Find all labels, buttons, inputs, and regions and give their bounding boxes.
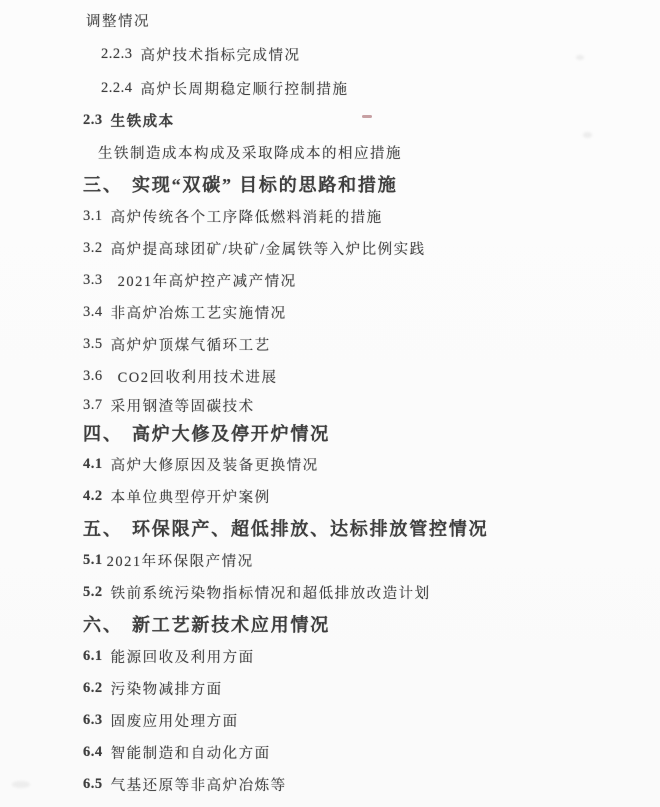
toc-line: 4.1高炉大修原因及装备更换情况: [0, 448, 660, 480]
toc-line-number: 3.2: [83, 240, 103, 257]
toc-line: 生铁制造成本构成及采取降成本的相应措施: [0, 136, 660, 168]
toc-line-text: 2021年高炉控产减产情况: [118, 270, 297, 291]
toc-line: 6.2污染物减排方面: [0, 672, 660, 704]
toc-line-text: CO2回收利用技术进展: [118, 366, 278, 387]
toc-line-number: 6.2: [83, 680, 103, 697]
toc-line-number: 3.1: [83, 208, 103, 225]
toc-line-number: 四、: [83, 420, 123, 446]
toc-line: 3.2高炉提高球团矿/块矿/金属铁等入炉比例实践: [0, 232, 660, 264]
toc-line-text: 生铁制造成本构成及采取降成本的相应措施: [98, 142, 402, 163]
toc-line-text: 能源回收及利用方面: [111, 646, 255, 667]
toc-line-number: 4.2: [83, 488, 103, 505]
toc-line-number: 2.2.4: [101, 80, 133, 97]
toc-line-number: 3.5: [83, 336, 103, 353]
toc-line-number: 3.6: [83, 368, 103, 385]
scanned-page: 调整情况2.2.3高炉技术指标完成情况2.2.4高炉长周期稳定顺行控制措施2.3…: [0, 0, 660, 807]
toc-line: 3.7采用钢渣等固碳技术: [0, 392, 660, 418]
toc-line-number: 6.4: [83, 744, 103, 761]
toc-line: 2.3生铁成本: [0, 104, 660, 136]
toc-line-number: 3.3: [83, 272, 103, 289]
toc-line-text: 气基还原等非高炉冶炼等: [111, 774, 287, 795]
toc-line-text: 高炉传统各个工序降低燃料消耗的措施: [111, 206, 383, 227]
toc-line-text: 生铁成本: [111, 110, 175, 131]
toc-line-number: 6.1: [83, 648, 103, 665]
toc-line: 6.3固废应用处理方面: [0, 704, 660, 736]
toc-line-number: 3.7: [83, 397, 103, 414]
toc-line-text: 采用钢渣等固碳技术: [111, 395, 255, 416]
scan-smudge: [576, 55, 584, 60]
toc-line-text: 新工艺新技术应用情况: [132, 611, 330, 637]
toc-line-number: 5.2: [83, 584, 103, 601]
toc-line: 2.2.3高炉技术指标完成情况: [0, 36, 660, 72]
toc-line-text: 高炉技术指标完成情况: [141, 44, 301, 65]
toc-line-text: 智能制造和自动化方面: [111, 742, 271, 763]
toc-line-text: 非高炉冶炼工艺实施情况: [111, 302, 287, 323]
toc-line-number: 5.1: [83, 552, 103, 569]
toc-line: 6.4智能制造和自动化方面: [0, 736, 660, 768]
toc-line: 2.2.4高炉长周期稳定顺行控制措施: [0, 72, 660, 104]
toc-line-text: 铁前系统污染物指标情况和超低排放改造计划: [111, 582, 431, 603]
toc-line-text: 高炉提高球团矿/块矿/金属铁等入炉比例实践: [111, 238, 426, 259]
toc-line-number: 2.3: [83, 112, 103, 129]
document-lines: 调整情况2.2.3高炉技术指标完成情况2.2.4高炉长周期稳定顺行控制措施2.3…: [0, 4, 660, 800]
toc-line: 调整情况: [0, 4, 660, 36]
toc-line: 6.1能源回收及利用方面: [0, 640, 660, 672]
toc-line: 6.5气基还原等非高炉冶炼等: [0, 768, 660, 800]
toc-line-text: 调整情况: [86, 10, 150, 31]
toc-line-number: 6.5: [83, 776, 103, 793]
toc-line: 5.12021年环保限产情况: [0, 544, 660, 576]
toc-line: 3.32021年高炉控产减产情况: [0, 264, 660, 296]
toc-line-number: 4.1: [83, 456, 103, 473]
toc-line: 五、环保限产、超低排放、达标排放管控情况: [0, 512, 660, 544]
toc-line: 5.2铁前系统污染物指标情况和超低排放改造计划: [0, 576, 660, 608]
toc-line-text: 本单位典型停开炉案例: [111, 486, 271, 507]
toc-line-text: 高炉炉顶煤气循环工艺: [111, 334, 271, 355]
toc-line-number: 6.3: [83, 712, 103, 729]
toc-line-text: 固废应用处理方面: [111, 710, 239, 731]
toc-line-text: 高炉大修原因及装备更换情况: [111, 454, 319, 475]
toc-line: 3.5高炉炉顶煤气循环工艺: [0, 328, 660, 360]
toc-line-number: 五、: [83, 515, 123, 541]
toc-line-number: 2.2.3: [101, 46, 133, 63]
toc-line-number: 三、: [83, 171, 123, 197]
toc-line-text: 污染物减排方面: [111, 678, 223, 699]
toc-line: 三、实现“双碳” 目标的思路和措施: [0, 168, 660, 200]
toc-line: 3.1高炉传统各个工序降低燃料消耗的措施: [0, 200, 660, 232]
toc-line-text: 高炉大修及停开炉情况: [132, 420, 330, 446]
toc-line: 六、新工艺新技术应用情况: [0, 608, 660, 640]
toc-line-number: 六、: [83, 611, 123, 637]
toc-line-text: 实现“双碳” 目标的思路和措施: [132, 171, 398, 197]
toc-line: 四、高炉大修及停开炉情况: [0, 418, 660, 448]
toc-line: 3.4非高炉冶炼工艺实施情况: [0, 296, 660, 328]
toc-line-text: 2021年环保限产情况: [107, 550, 254, 571]
toc-line-text: 高炉长周期稳定顺行控制措施: [141, 78, 349, 99]
scan-smudge: [12, 781, 30, 788]
scan-smudge: [583, 132, 592, 138]
toc-line: 3.6CO2回收利用技术进展: [0, 360, 660, 392]
toc-line-text: 环保限产、超低排放、达标排放管控情况: [132, 515, 488, 541]
toc-line: 4.2本单位典型停开炉案例: [0, 480, 660, 512]
scan-mark-red-dash: [362, 115, 372, 118]
toc-line-number: 3.4: [83, 304, 103, 321]
